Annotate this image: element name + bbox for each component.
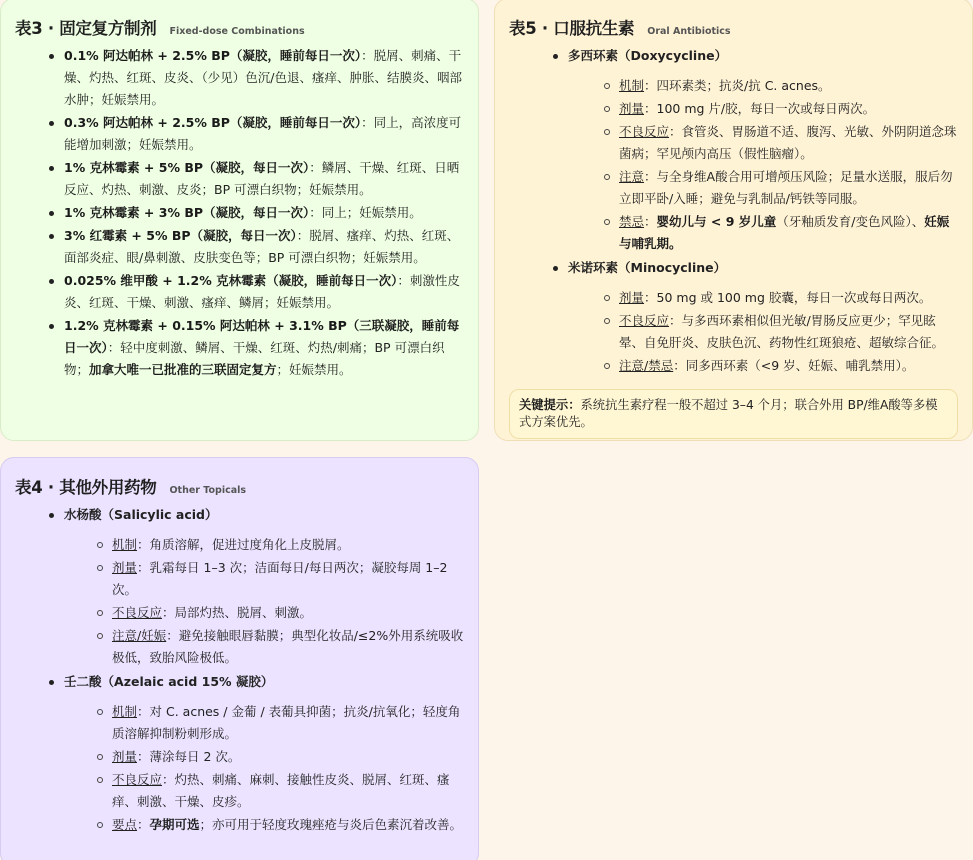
drug-name-cn: 水杨酸 bbox=[64, 507, 102, 522]
combo-desc-tail: ；妊娠禁用。 bbox=[277, 362, 352, 377]
detail-label: 注意/禁忌 bbox=[619, 358, 673, 373]
table3-title: 表3 · 固定复方制剂 bbox=[15, 15, 156, 39]
detail-bold: 孕期可选 bbox=[150, 817, 200, 832]
drug-name: 多西环素（Doxycycline） bbox=[568, 48, 727, 63]
drug-details: 机制：四环素类；抗炎/抗 C. acnes。 剂量：100 mg 片/胶，每日一… bbox=[568, 75, 958, 255]
detail-label: 机制 bbox=[619, 78, 644, 93]
detail-label: 不良反应 bbox=[619, 124, 669, 139]
detail-text: ：局部灼热、脱屑、刺激。 bbox=[162, 605, 312, 620]
detail-label: 剂量 bbox=[619, 290, 644, 305]
detail-row: 机制：对 C. acnes / 金葡 / 表葡具抑菌；抗炎/抗氧化；轻度角质溶解… bbox=[97, 701, 464, 745]
detail-row: 不良反应：灼热、刺痛、麻刺、接触性皮炎、脱屑、红斑、瘙痒、刺激、干燥、皮疹。 bbox=[97, 769, 464, 813]
list-item: 0.1% 阿达帕林 + 2.5% BP（凝胶，睡前每日一次）：脱屑、刺痛、干燥、… bbox=[49, 45, 464, 111]
table5-subtitle: Oral Antibiotics bbox=[647, 26, 730, 37]
detail-label: 禁忌 bbox=[619, 214, 644, 229]
detail-label: 剂量 bbox=[112, 560, 137, 575]
detail-label: 不良反应 bbox=[112, 605, 162, 620]
detail-label: 机制 bbox=[112, 704, 137, 719]
detail-text: ： bbox=[644, 214, 657, 229]
list-item: 3% 红霉素 + 5% BP（凝胶，每日一次）：脱屑、瘙痒、灼热、红斑、面部炎症… bbox=[49, 225, 464, 269]
callout-label: 关键提示： bbox=[519, 398, 581, 412]
combo-highlight: 加拿大唯一已批准的三联固定复方 bbox=[89, 362, 277, 377]
list-item: 1% 克林霉素 + 5% BP（凝胶，每日一次）：鳞屑、干燥、红斑、日晒反应、灼… bbox=[49, 157, 464, 201]
detail-row: 剂量：薄涂每日 2 次。 bbox=[97, 746, 464, 768]
detail-text: （牙釉质发育/变色风险）、 bbox=[776, 214, 924, 229]
table5-title: 表5 · 口服抗生素 bbox=[509, 15, 634, 39]
combo-name: 1% 克林霉素 + 5% BP（凝胶，每日一次） bbox=[64, 160, 309, 175]
combo-desc: ：同上；妊娠禁用。 bbox=[309, 205, 422, 220]
detail-label: 剂量 bbox=[112, 749, 137, 764]
combo-name: 0.3% 阿达帕林 + 2.5% BP（凝胶，睡前每日一次） bbox=[64, 115, 361, 130]
drug-item-doxycycline: 多西环素（Doxycycline） 机制：四环素类；抗炎/抗 C. acnes。… bbox=[553, 45, 958, 255]
detail-text: ；亦可用于轻度玫瑰痤疮与炎后色素沉着改善。 bbox=[200, 817, 463, 832]
table3-header: 表3 · 固定复方制剂 Fixed-dose Combinations bbox=[15, 15, 464, 39]
detail-row: 剂量：乳霜每日 1–3 次；洁面每日/每日两次；凝胶每周 1–2 次。 bbox=[97, 557, 464, 601]
drug-name-en: （Salicylic acid） bbox=[102, 507, 218, 522]
table3-subtitle: Fixed-dose Combinations bbox=[169, 26, 304, 37]
detail-text: ：四环素类；抗炎/抗 C. acnes。 bbox=[644, 78, 831, 93]
detail-bold: 婴幼儿与 < 9 岁儿童 bbox=[657, 214, 777, 229]
table3-panel: 表3 · 固定复方制剂 Fixed-dose Combinations 0.1%… bbox=[0, 0, 479, 441]
detail-row: 要点：孕期可选；亦可用于轻度玫瑰痤疮与炎后色素沉着改善。 bbox=[97, 814, 464, 836]
detail-row: 不良反应：局部灼热、脱屑、刺激。 bbox=[97, 602, 464, 624]
detail-label: 剂量 bbox=[619, 101, 644, 116]
detail-row: 剂量：50 mg 或 100 mg 胶囊，每日一次或每日两次。 bbox=[604, 287, 958, 309]
detail-label: 机制 bbox=[112, 537, 137, 552]
table4-header: 表4 · 其他外用药物 Other Topicals bbox=[15, 474, 464, 498]
drug-details: 机制：角质溶解，促进过度角化上皮脱屑。 剂量：乳霜每日 1–3 次；洁面每日/每… bbox=[64, 534, 464, 669]
drug-item-salicylic-acid: 水杨酸（Salicylic acid） 机制：角质溶解，促进过度角化上皮脱屑。 … bbox=[49, 504, 464, 669]
table3-list: 0.1% 阿达帕林 + 2.5% BP（凝胶，睡前每日一次）：脱屑、刺痛、干燥、… bbox=[15, 45, 464, 381]
combo-name: 0.025% 维甲酸 + 1.2% 克林霉素（凝胶，睡前每日一次） bbox=[64, 273, 397, 288]
callout-text: 系统抗生素疗程一般不超过 3–4 个月；联合外用 BP/维A酸等多模式方案优先。 bbox=[519, 398, 938, 429]
detail-text: ：100 mg 片/胶，每日一次或每日两次。 bbox=[644, 101, 875, 116]
table4-title: 表4 · 其他外用药物 bbox=[15, 474, 156, 498]
drug-item-minocycline: 米诺环素（Minocycline） 剂量：50 mg 或 100 mg 胶囊，每… bbox=[553, 257, 958, 377]
detail-row: 注意/妊娠：避免接触眼唇黏膜；典型化妆品/≤2%外用系统吸收极低，致胎风险极低。 bbox=[97, 625, 464, 669]
detail-label: 不良反应 bbox=[112, 772, 162, 787]
detail-row: 机制：四环素类；抗炎/抗 C. acnes。 bbox=[604, 75, 958, 97]
table4-list: 水杨酸（Salicylic acid） 机制：角质溶解，促进过度角化上皮脱屑。 … bbox=[15, 504, 464, 836]
detail-text: ：对 C. acnes / 金葡 / 表葡具抑菌；抗炎/抗氧化；轻度角质溶解抑制… bbox=[112, 704, 460, 741]
detail-label: 不良反应 bbox=[619, 313, 669, 328]
combo-name: 1% 克林霉素 + 3% BP（凝胶，每日一次） bbox=[64, 205, 309, 220]
drug-name: 米诺环素（Minocycline） bbox=[568, 260, 726, 275]
drug-details: 剂量：50 mg 或 100 mg 胶囊，每日一次或每日两次。 不良反应：与多西… bbox=[568, 287, 958, 377]
list-item: 0.3% 阿达帕林 + 2.5% BP（凝胶，睡前每日一次）：同上，高浓度可能增… bbox=[49, 112, 464, 156]
list-item: 1.2% 克林霉素 + 0.15% 阿达帕林 + 3.1% BP（三联凝胶，睡前… bbox=[49, 315, 464, 381]
detail-text: ：与全身维A酸合用可增颅压风险；足量水送服，服后勿立即平卧/入睡；避免与乳制品/… bbox=[619, 169, 953, 206]
detail-text: ： bbox=[137, 817, 150, 832]
table4-panel: 表4 · 其他外用药物 Other Topicals 水杨酸（Salicylic… bbox=[0, 457, 479, 860]
drug-item-azelaic-acid: 壬二酸（Azelaic acid 15% 凝胶） 机制：对 C. acnes /… bbox=[49, 671, 464, 836]
list-item: 0.025% 维甲酸 + 1.2% 克林霉素（凝胶，睡前每日一次）：刺激性皮炎、… bbox=[49, 270, 464, 314]
list-item: 1% 克林霉素 + 3% BP（凝胶，每日一次）：同上；妊娠禁用。 bbox=[49, 202, 464, 224]
combo-name: 3% 红霉素 + 5% BP（凝胶，每日一次） bbox=[64, 228, 297, 243]
detail-row: 不良反应：食管炎、胃肠道不适、腹泻、光敏、外阴阴道念珠菌病；罕见颅内高压（假性脑… bbox=[604, 121, 958, 165]
detail-text: ：50 mg 或 100 mg 胶囊，每日一次或每日两次。 bbox=[644, 290, 931, 305]
detail-label: 要点 bbox=[112, 817, 137, 832]
detail-text: ：灼热、刺痛、麻刺、接触性皮炎、脱屑、红斑、瘙痒、刺激、干燥、皮疹。 bbox=[112, 772, 450, 809]
detail-row: 不良反应：与多西环素相似但光敏/胃肠反应更少；罕见眩晕、自免肝炎、皮肤色沉、药物… bbox=[604, 310, 958, 354]
detail-text: ：薄涂每日 2 次。 bbox=[137, 749, 240, 764]
detail-text: ：同多西环素（<9 岁、妊娠、哺乳禁用）。 bbox=[673, 358, 914, 373]
drug-name-cn: 壬二酸 bbox=[64, 674, 102, 689]
detail-label: 注意/妊娠 bbox=[112, 628, 166, 643]
table5-panel: 表5 · 口服抗生素 Oral Antibiotics 多西环素（Doxycyc… bbox=[494, 0, 973, 441]
detail-row: 注意/禁忌：同多西环素（<9 岁、妊娠、哺乳禁用）。 bbox=[604, 355, 958, 377]
key-tip-callout: 关键提示：系统抗生素疗程一般不超过 3–4 个月；联合外用 BP/维A酸等多模式… bbox=[509, 389, 958, 439]
detail-label: 注意 bbox=[619, 169, 644, 184]
detail-row: 禁忌：婴幼儿与 < 9 岁儿童（牙釉质发育/变色风险）、妊娠与哺乳期。 bbox=[604, 211, 958, 255]
drug-details: 机制：对 C. acnes / 金葡 / 表葡具抑菌；抗炎/抗氧化；轻度角质溶解… bbox=[64, 701, 464, 836]
detail-row: 剂量：100 mg 片/胶，每日一次或每日两次。 bbox=[604, 98, 958, 120]
detail-text: ：角质溶解，促进过度角化上皮脱屑。 bbox=[137, 537, 350, 552]
detail-row: 机制：角质溶解，促进过度角化上皮脱屑。 bbox=[97, 534, 464, 556]
combo-name: 0.1% 阿达帕林 + 2.5% BP（凝胶，睡前每日一次） bbox=[64, 48, 361, 63]
detail-text: ：食管炎、胃肠道不适、腹泻、光敏、外阴阴道念珠菌病；罕见颅内高压（假性脑瘤）。 bbox=[619, 124, 957, 161]
table4-subtitle: Other Topicals bbox=[169, 485, 246, 496]
detail-row: 注意：与全身维A酸合用可增颅压风险；足量水送服，服后勿立即平卧/入睡；避免与乳制… bbox=[604, 166, 958, 210]
table5-header: 表5 · 口服抗生素 Oral Antibiotics bbox=[509, 15, 958, 39]
detail-text: ：乳霜每日 1–3 次；洁面每日/每日两次；凝胶每周 1–2 次。 bbox=[112, 560, 447, 597]
table5-list: 多西环素（Doxycycline） 机制：四环素类；抗炎/抗 C. acnes。… bbox=[509, 45, 958, 377]
drug-name-en: （Azelaic acid 15% 凝胶） bbox=[102, 674, 274, 689]
